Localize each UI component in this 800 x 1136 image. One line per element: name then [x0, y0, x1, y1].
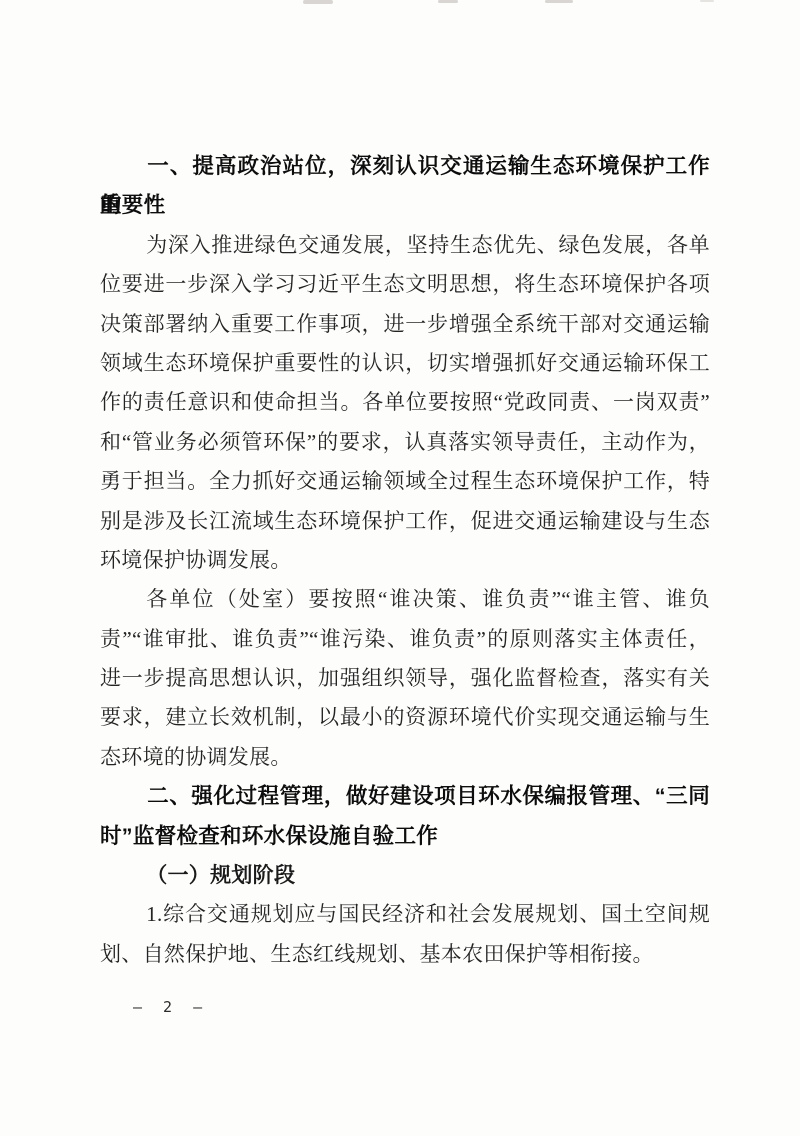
section-1-heading-line-2: 重要性: [100, 186, 710, 225]
paragraph-1-line: 勇于担当。全力抓好交通运输领域全过程生态环境保护工作，特: [100, 462, 710, 501]
paragraph-1-line: 环境保护协调发展。: [100, 541, 710, 580]
paragraph-1-line: 别是涉及长江流域生态环境保护工作，促进交通运输建设与生态: [100, 502, 710, 541]
paragraph-2-line: 进一步提高思想认识，加强组织领导，强化监督检查，落实有关: [100, 659, 710, 698]
paragraph-1-line: 作的责任意识和使命担当。各单位要按照“党政同责、一岗双责”: [100, 383, 710, 422]
paragraph-1-line: 位要进一步深入学习习近平生态文明思想，将生态环境保护各项: [100, 265, 710, 304]
paragraph-2-line: 各单位（处室）要按照“谁决策、谁负责”“谁主管、谁负: [100, 580, 710, 619]
scan-artifact: [303, 0, 333, 4]
paragraph-2-line: 要求，建立长效机制，以最小的资源环境代价实现交通运输与生: [100, 698, 710, 737]
document-body: 一、提高政治站位，深刻认识交通运输生态环境保护工作的 重要性 为深入推进绿色交通…: [100, 147, 710, 974]
item-1-line: 划、自然保护地、生态红线规划、基本农田保护等相衔接。: [100, 935, 710, 974]
paragraph-2-line: 态环境的协调发展。: [100, 738, 710, 777]
scanned-document-page: 一、提高政治站位，深刻认识交通运输生态环境保护工作的 重要性 为深入推进绿色交通…: [0, 0, 800, 1136]
paragraph-1-line: 决策部署纳入重要工作事项，进一步增强全系统干部对交通运输: [100, 305, 710, 344]
item-1-line: 1.综合交通规划应与国民经济和社会发展规划、国土空间规: [100, 895, 710, 934]
section-2-heading-line-2: 时”监督检查和环水保设施自验工作: [100, 817, 710, 856]
paragraph-2-line: 责”“谁审批、谁负责”“谁污染、谁负责”的原则落实主体责任，: [100, 620, 710, 659]
section-1-heading-line-1: 一、提高政治站位，深刻认识交通运输生态环境保护工作的: [100, 147, 710, 186]
section-2-heading-line-1: 二、强化过程管理，做好建设项目环水保编报管理、“三同: [100, 777, 710, 816]
scan-artifact: [700, 0, 714, 2]
scan-artifact: [545, 0, 573, 3]
page-number: – 2 –: [133, 998, 208, 1016]
subsection-heading: （一）规划阶段: [100, 856, 710, 895]
scan-artifact: [438, 0, 458, 3]
paragraph-1-line: 为深入推进绿色交通发展，坚持生态优先、绿色发展，各单: [100, 226, 710, 265]
paragraph-1-line: 领域生态环境保护重要性的认识，切实增强抓好交通运输环保工: [100, 344, 710, 383]
paragraph-1-line: 和“管业务必须管环保”的要求，认真落实领导责任，主动作为，: [100, 423, 710, 462]
